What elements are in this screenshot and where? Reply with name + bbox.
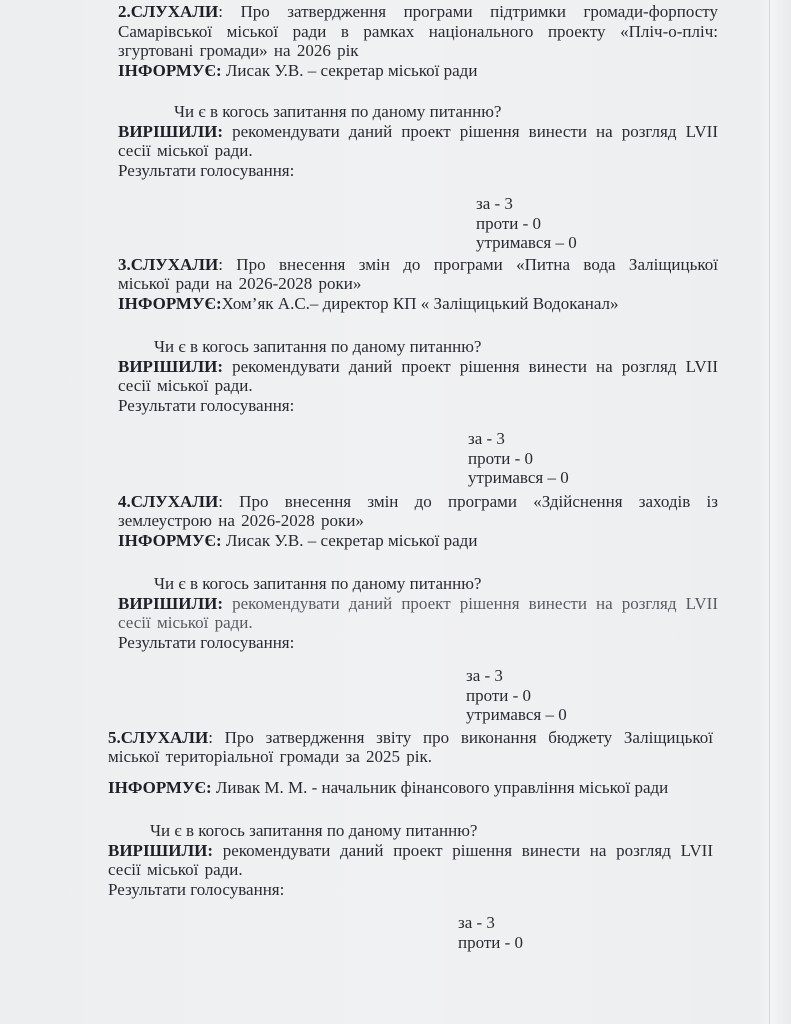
- question-line: Чи є в когось запитання по даному питанн…: [118, 574, 718, 594]
- vote-results: за - 3 проти - 0 утримався – 0: [466, 666, 718, 725]
- results-label: Результати голосування:: [118, 633, 718, 653]
- vote-abstain: утримався – 0: [468, 468, 718, 488]
- informs-line: ІНФОРМУЄ: Ливак М. М. - начальник фінанс…: [108, 778, 713, 798]
- question-line: Чи є в когось запитання по даному питанн…: [118, 337, 718, 357]
- decided-label: ВИРІШИЛИ:: [118, 357, 223, 376]
- results-label: Результати голосування:: [118, 161, 718, 181]
- decided-paragraph: ВИРІШИЛИ: рекомендувати даний проект ріш…: [118, 122, 718, 161]
- heard-label: СЛУХАЛИ: [131, 492, 218, 511]
- scan-edge: [769, 0, 770, 1024]
- vote-against: проти - 0: [476, 214, 718, 234]
- vote-results: за - 3 проти - 0: [458, 913, 713, 952]
- results-label: Результати голосування:: [118, 396, 718, 416]
- vote-abstain: утримався – 0: [466, 705, 718, 725]
- vote-results: за - 3 проти - 0 утримався – 0: [476, 194, 718, 253]
- heard-paragraph: 2.СЛУХАЛИ: Про затвердження програми під…: [118, 2, 718, 61]
- decided-label: ВИРІШИЛИ:: [108, 841, 213, 860]
- question-line: Чи є в когось запитання по даному питанн…: [118, 102, 718, 122]
- informs-label: ІНФОРМУЄ:: [118, 61, 222, 80]
- item-number: 5.: [108, 728, 121, 747]
- vote-abstain: утримався – 0: [476, 233, 718, 253]
- informs-label: ІНФОРМУЄ:: [118, 294, 222, 313]
- vote-results: за - 3 проти - 0 утримався – 0: [468, 429, 718, 488]
- informs-line: ІНФОРМУЄ: Лисак У.В. – секретар міської …: [118, 61, 718, 81]
- informs-label: ІНФОРМУЄ:: [118, 531, 222, 550]
- agenda-item-4: 4.СЛУХАЛИ: Про внесення змін до програми…: [118, 492, 718, 725]
- heard-paragraph: 3.СЛУХАЛИ: Про внесення змін до програми…: [118, 255, 718, 294]
- heard-label: СЛУХАЛИ: [131, 255, 218, 274]
- minutes-content: 2.СЛУХАЛИ: Про затвердження програми під…: [118, 2, 718, 952]
- heard-label: СЛУХАЛИ: [121, 728, 208, 747]
- decided-label: ВИРІШИЛИ:: [118, 594, 223, 613]
- heard-paragraph: 4.СЛУХАЛИ: Про внесення змін до програми…: [118, 492, 718, 531]
- vote-for: за - 3: [468, 429, 718, 449]
- decided-paragraph: ВИРІШИЛИ: рекомендувати даний проект ріш…: [118, 594, 718, 633]
- informs-line: ІНФОРМУЄ: Лисак У.В. – секретар міської …: [118, 531, 718, 551]
- agenda-item-5: 5.СЛУХАЛИ: Про затвердження звіту про ви…: [108, 728, 713, 953]
- informant-text: Хом’як А.С.– директор КП « Заліщицький В…: [222, 294, 619, 313]
- decided-paragraph: ВИРІШИЛИ: рекомендувати даний проект ріш…: [108, 841, 713, 880]
- item-number: 3.: [118, 255, 131, 274]
- results-label: Результати голосування:: [108, 880, 713, 900]
- vote-for: за - 3: [476, 194, 718, 214]
- item-number: 2.: [118, 2, 131, 21]
- question-line: Чи є в когось запитання по даному питанн…: [108, 821, 713, 841]
- informs-line: ІНФОРМУЄ:Хом’як А.С.– директор КП « Залі…: [118, 294, 718, 314]
- heard-label: СЛУХАЛИ: [131, 2, 218, 21]
- heard-paragraph: 5.СЛУХАЛИ: Про затвердження звіту про ви…: [108, 728, 713, 767]
- informs-label: ІНФОРМУЄ:: [108, 778, 212, 797]
- decided-label: ВИРІШИЛИ:: [118, 122, 223, 141]
- vote-against: проти - 0: [458, 933, 713, 953]
- scanned-page: 2.СЛУХАЛИ: Про затвердження програми під…: [0, 0, 791, 1024]
- vote-for: за - 3: [458, 913, 713, 933]
- informant-text: Ливак М. М. - начальник фінансового упра…: [212, 778, 669, 797]
- item-number: 4.: [118, 492, 131, 511]
- informant-text: Лисак У.В. – секретар міської ради: [222, 531, 478, 550]
- vote-against: проти - 0: [466, 686, 718, 706]
- vote-against: проти - 0: [468, 449, 718, 469]
- agenda-item-2: 2.СЛУХАЛИ: Про затвердження програми під…: [118, 2, 718, 253]
- informant-text: Лисак У.В. – секретар міської ради: [222, 61, 478, 80]
- vote-for: за - 3: [466, 666, 718, 686]
- decided-paragraph: ВИРІШИЛИ: рекомендувати даний проект ріш…: [118, 357, 718, 396]
- agenda-item-3: 3.СЛУХАЛИ: Про внесення змін до програми…: [118, 255, 718, 488]
